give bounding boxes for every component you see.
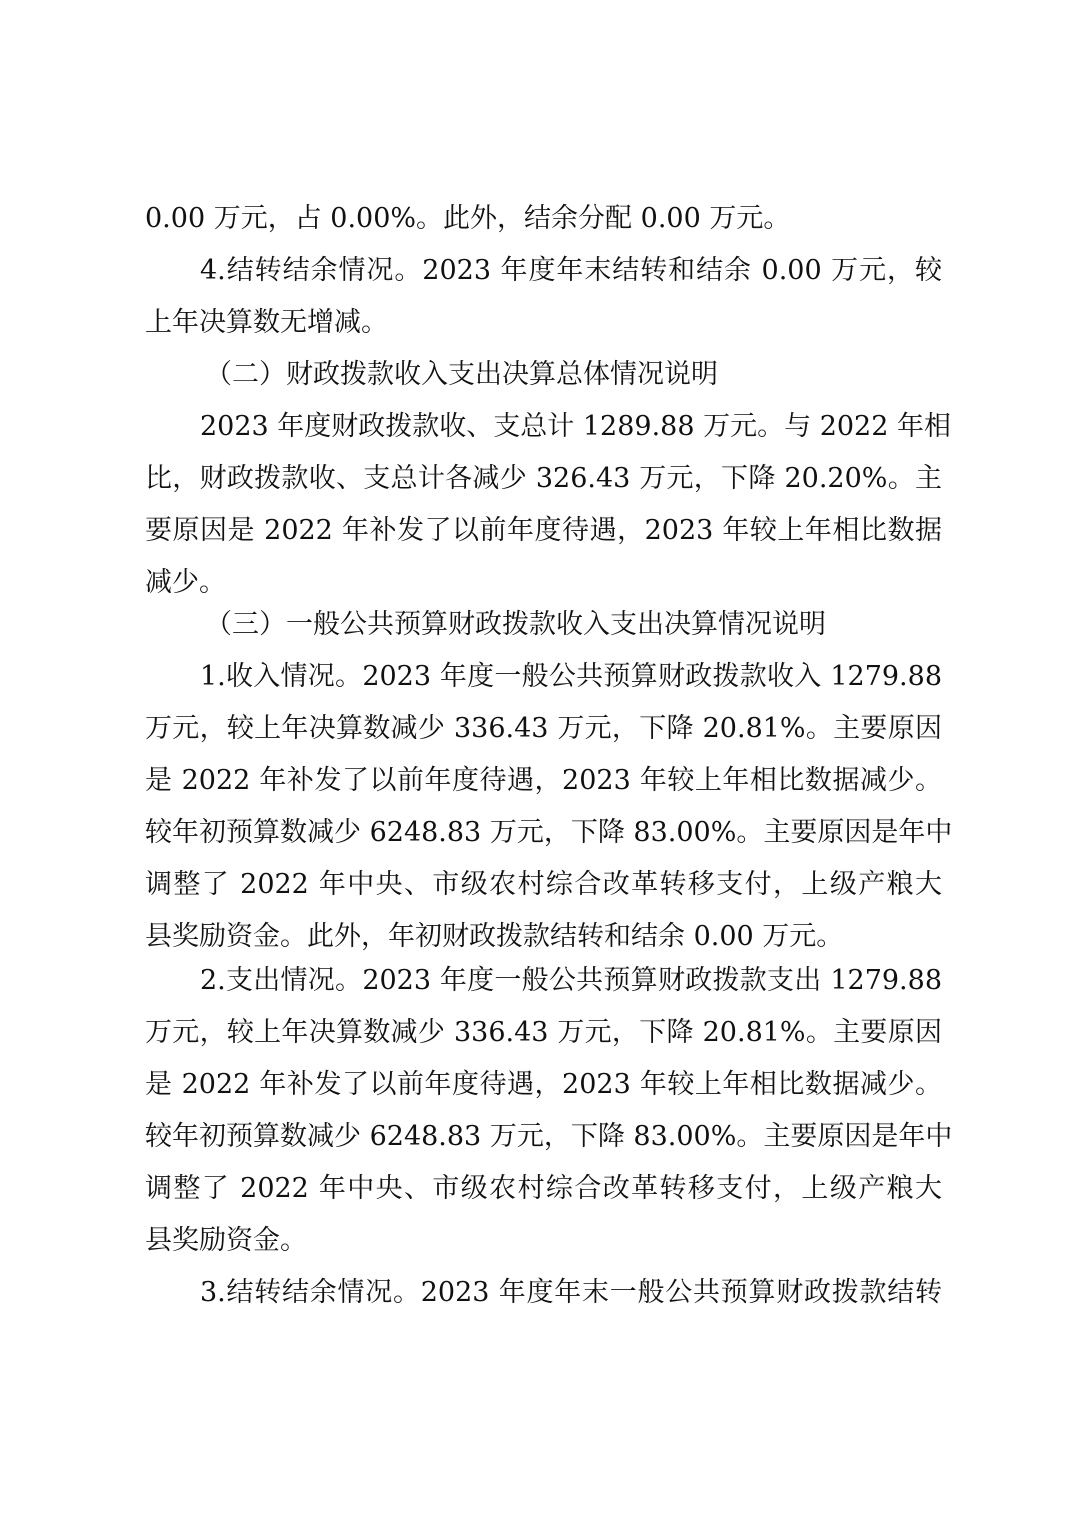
paragraph-carryover-general: 3.结转结余情况。2023 年度年末一般公共预算财政拨款结转 xyxy=(200,1273,942,1313)
text-line: 上年决算数无增减。 xyxy=(145,303,942,343)
text-line: 是 2022 年补发了以前年度待遇，2023 年较上年相比数据减少。 xyxy=(145,1065,942,1105)
text-line: 万元，较上年决算数减少 336.43 万元，下降 20.81%。主要原因 xyxy=(145,1013,942,1053)
text-line: 是 2022 年补发了以前年度待遇，2023 年较上年相比数据减少。 xyxy=(145,761,942,801)
text-line: 要原因是 2022 年补发了以前年度待遇，2023 年较上年相比数据 xyxy=(145,511,942,551)
text-line: 调整了 2022 年中央、市级农村综合改革转移支付，上级产粮大 xyxy=(145,1169,942,1209)
section-heading-3: （三）一般公共预算财政拨款收入支出决算情况说明 xyxy=(205,605,826,645)
paragraph-carryover-balance: 4.结转结余情况。2023 年度年末结转和结余 0.00 万元，较 xyxy=(200,251,942,291)
paragraph-fiscal-total: 2023 年度财政拨款收、支总计 1289.88 万元。与 2022 年相 xyxy=(200,407,942,447)
paragraph-income: 1.收入情况。2023 年度一般公共预算财政拨款收入 1279.88 xyxy=(200,657,942,697)
text-line: 较年初预算数减少 6248.83 万元，下降 83.00%。主要原因是年中 xyxy=(145,1117,942,1157)
text-line: 比，财政拨款收、支总计各减少 326.43 万元，下降 20.20%。主 xyxy=(145,459,942,499)
text-line: 减少。 xyxy=(145,563,942,603)
paragraph-expenditure: 2.支出情况。2023 年度一般公共预算财政拨款支出 1279.88 xyxy=(200,961,942,1001)
text-line: 0.00 万元，占 0.00%。此外，结余分配 0.00 万元。 xyxy=(145,199,942,239)
document-page: 0.00 万元，占 0.00%。此外，结余分配 0.00 万元。 4.结转结余情… xyxy=(0,0,1074,1520)
text-line: 万元，较上年决算数减少 336.43 万元，下降 20.81%。主要原因 xyxy=(145,709,942,749)
text-line: 调整了 2022 年中央、市级农村综合改革转移支付，上级产粮大 xyxy=(145,865,942,905)
section-heading-2: （二）财政拨款收入支出决算总体情况说明 xyxy=(205,355,718,395)
text-line: 较年初预算数减少 6248.83 万元，下降 83.00%。主要原因是年中 xyxy=(145,813,942,853)
text-line: 县奖励资金。 xyxy=(145,1221,942,1261)
text-line: 县奖励资金。此外，年初财政拨款结转和结余 0.00 万元。 xyxy=(145,917,942,957)
